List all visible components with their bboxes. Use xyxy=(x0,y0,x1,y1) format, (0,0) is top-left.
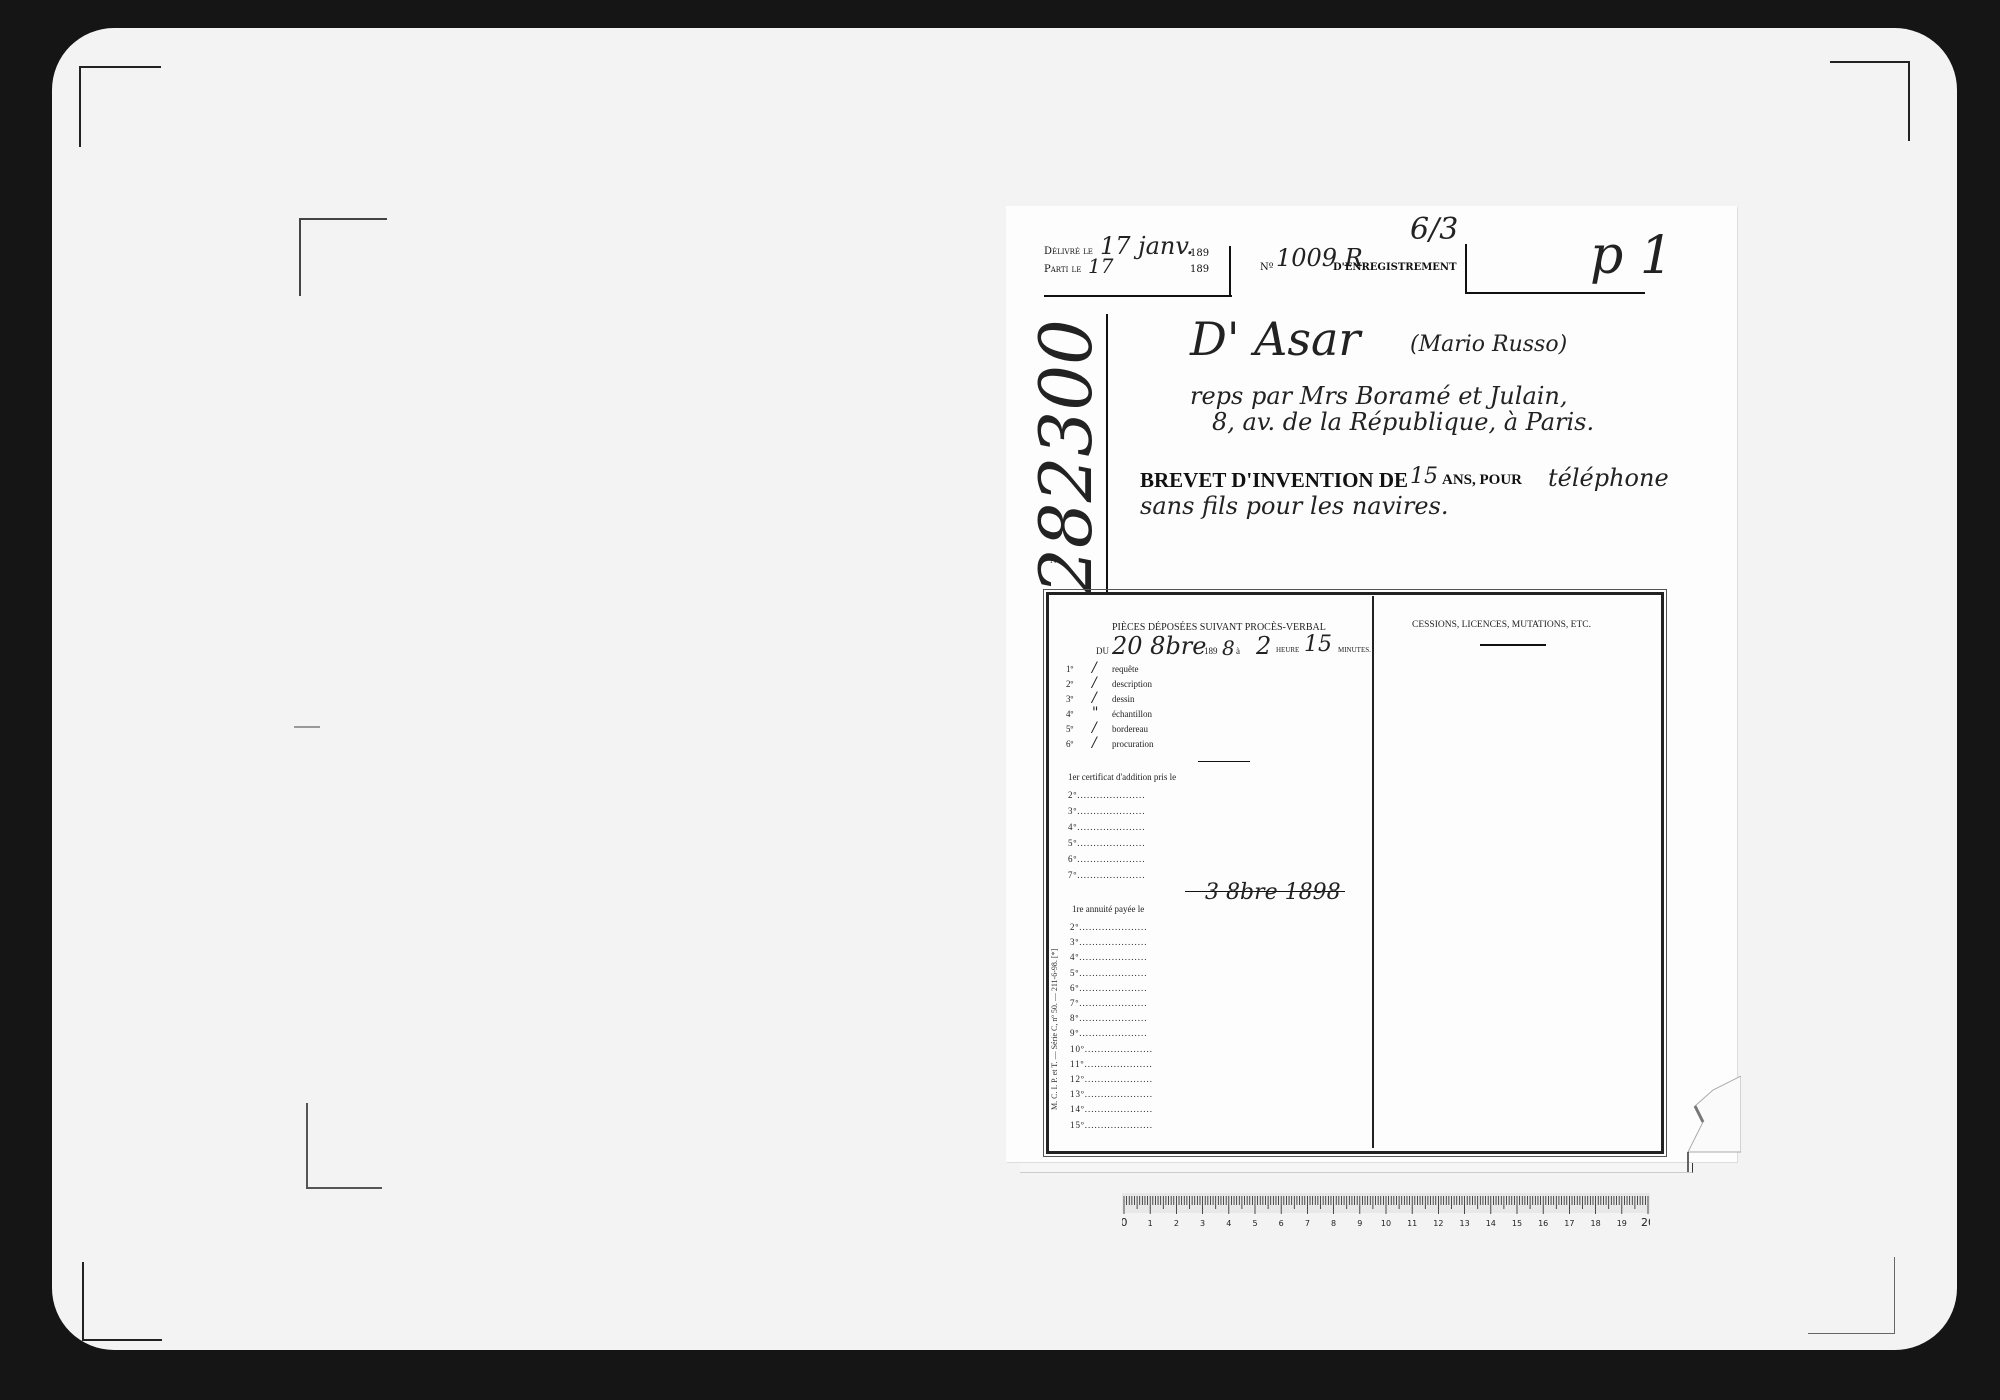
svg-text:13: 13 xyxy=(1460,1219,1470,1228)
brevet-subject-line1: téléphone xyxy=(1548,464,1669,492)
applicant-alias: (Mario Russo) xyxy=(1410,332,1567,357)
svg-text:14: 14 xyxy=(1486,1219,1496,1228)
certificat-row: 3º..................... xyxy=(1068,806,1146,816)
svg-text:15: 15 xyxy=(1512,1219,1522,1228)
annuite-row: 15º..................... xyxy=(1070,1120,1153,1130)
svg-text:10: 10 xyxy=(1381,1219,1391,1228)
delivre-value: 17 janv. xyxy=(1100,232,1194,260)
certificat-row: 5º..................... xyxy=(1068,838,1146,848)
brevet-number: 282300 xyxy=(1024,319,1108,594)
svg-text:9: 9 xyxy=(1357,1219,1362,1228)
pieces-heure-label: HEURE xyxy=(1276,646,1299,654)
svg-text:2: 2 xyxy=(1174,1219,1179,1228)
pieces-item-number: 4º xyxy=(1066,709,1073,719)
pieces-item-number: 6º xyxy=(1066,739,1073,749)
svg-text:7: 7 xyxy=(1305,1219,1310,1228)
ref-box-left xyxy=(1465,244,1467,294)
column-divider xyxy=(1372,596,1374,1148)
numero-prefix: Nº xyxy=(1260,262,1273,273)
annuite-row: 4º..................... xyxy=(1070,952,1148,962)
brevet-number-prefix: Nº xyxy=(1050,555,1059,565)
svg-text:20: 20 xyxy=(1641,1216,1650,1229)
annuite-first-label: 1re annuité payée le xyxy=(1072,904,1144,914)
crop-mark-top-right xyxy=(1830,61,1910,141)
pieces-item-mark: / xyxy=(1092,690,1097,706)
pieces-a-label: à xyxy=(1236,646,1240,656)
pieces-year-value: 8 xyxy=(1222,636,1235,660)
applicant-address: 8, av. de la République, à Paris. xyxy=(1212,408,1594,436)
fraction-note: 6/3 xyxy=(1410,212,1458,247)
delivre-label: Délivré le xyxy=(1044,246,1093,257)
annuite-row: 13º..................... xyxy=(1070,1089,1153,1099)
crop-mark-bottom-right xyxy=(1808,1257,1895,1334)
svg-text:11: 11 xyxy=(1407,1219,1417,1228)
ref-box-bottom xyxy=(1465,292,1645,294)
pieces-separator xyxy=(1198,761,1250,762)
certificat-row: 4º..................... xyxy=(1068,822,1146,832)
annuite-row: 6º..................... xyxy=(1070,983,1148,993)
pieces-date: 20 8bre xyxy=(1112,632,1206,660)
brevet-title-mid: ANS, POUR xyxy=(1442,472,1522,489)
crop-mark-bottom-left xyxy=(82,1262,162,1341)
annuite-row: 8º..................... xyxy=(1070,1013,1148,1023)
annuite-row: 5º..................... xyxy=(1070,968,1148,978)
certificat-row: 7º..................... xyxy=(1068,870,1146,880)
brevet-years: 15 xyxy=(1410,464,1438,489)
cessions-heading: CESSIONS, LICENCES, MUTATIONS, ETC. xyxy=(1412,620,1591,630)
crop-mark-inner-top-left xyxy=(299,218,387,296)
header-divider xyxy=(1229,246,1231,296)
pieces-item-mark: / xyxy=(1092,675,1097,691)
annuite-row: 9º..................... xyxy=(1070,1028,1148,1038)
crop-mark-inner-bottom-left xyxy=(306,1103,382,1189)
pieces-minutes-label: MINUTES. xyxy=(1338,646,1371,654)
annuite-first-value: 3 8bre 1898 xyxy=(1205,880,1341,905)
brevet-subject-line2: sans fils pour les navires. xyxy=(1140,492,1448,520)
parti-year: 189 xyxy=(1190,264,1209,275)
pieces-minutes: 15 xyxy=(1304,632,1332,657)
pieces-item-label: échantillon xyxy=(1112,709,1152,719)
pieces-item-number: 1º xyxy=(1066,664,1073,674)
parti-value: 17 xyxy=(1088,254,1113,278)
annuite-row: 14º..................... xyxy=(1070,1104,1153,1114)
delivre-year: 189 xyxy=(1190,248,1209,259)
pieces-du-label: DU xyxy=(1096,646,1109,656)
torn-corner xyxy=(1683,1076,1741,1172)
pieces-item-label: requête xyxy=(1112,664,1138,674)
svg-text:18: 18 xyxy=(1591,1219,1601,1228)
parti-label: Parti le xyxy=(1044,264,1081,275)
pieces-item-label: bordereau xyxy=(1112,724,1148,734)
annuite-row: 11º..................... xyxy=(1070,1059,1153,1069)
brevet-title-lead: BREVET D'INVENTION DE xyxy=(1140,468,1408,493)
pieces-item-mark: / xyxy=(1092,735,1097,751)
svg-text:16: 16 xyxy=(1538,1219,1548,1228)
pieces-item-mark: " xyxy=(1092,705,1098,721)
svg-text:17: 17 xyxy=(1564,1219,1574,1228)
svg-text:1: 1 xyxy=(1148,1219,1153,1228)
svg-text:19: 19 xyxy=(1617,1219,1627,1228)
pieces-item-number: 3º xyxy=(1066,694,1073,704)
pieces-item-number: 2º xyxy=(1066,679,1073,689)
pieces-item-mark: / xyxy=(1092,660,1097,676)
annuite-row: 2º..................... xyxy=(1070,922,1148,932)
svg-text:12: 12 xyxy=(1433,1219,1443,1228)
enregistrement-label: D'ENREGISTREMENT xyxy=(1333,262,1457,273)
svg-text:0: 0 xyxy=(1122,1216,1128,1229)
pieces-item-mark: / xyxy=(1092,720,1097,736)
svg-text:4: 4 xyxy=(1226,1219,1231,1228)
annuite-row: 7º..................... xyxy=(1070,998,1148,1008)
pieces-item-label: procuration xyxy=(1112,739,1153,749)
certificat-first-label: 1er certificat d'addition pris le xyxy=(1068,772,1176,782)
header-underline xyxy=(1044,295,1232,297)
crop-mark-top-left xyxy=(79,66,161,147)
certificat-row: 6º..................... xyxy=(1068,854,1146,864)
annuite-row: 12º..................... xyxy=(1070,1074,1153,1084)
applicant-representative: reps par Mrs Boramé et Julain, xyxy=(1190,382,1568,410)
crop-mark-tick xyxy=(294,726,320,728)
annuite-row: 3º..................... xyxy=(1070,937,1148,947)
svg-text:8: 8 xyxy=(1331,1219,1336,1228)
svg-text:3: 3 xyxy=(1200,1219,1205,1228)
scale-ruler: 01234567891011121314151617181920 xyxy=(1122,1193,1650,1229)
annuite-row: 10º..................... xyxy=(1070,1044,1153,1054)
pieces-item-label: description xyxy=(1112,679,1152,689)
imprint: M. C. I. P. et T. — Série C, nº 50. — 21… xyxy=(1050,949,1059,1110)
cessions-underline xyxy=(1480,644,1546,646)
page-ref: p 1 xyxy=(1590,226,1673,286)
svg-text:5: 5 xyxy=(1252,1219,1257,1228)
svg-text:6: 6 xyxy=(1279,1219,1284,1228)
pieces-item-number: 5º xyxy=(1066,724,1073,734)
pieces-year-prefix: 189 xyxy=(1204,646,1218,656)
certificat-row: 2º..................... xyxy=(1068,790,1146,800)
applicant-name: D' Asar xyxy=(1190,312,1360,366)
pieces-item-label: dessin xyxy=(1112,694,1135,704)
pieces-hour: 2 xyxy=(1256,632,1271,660)
